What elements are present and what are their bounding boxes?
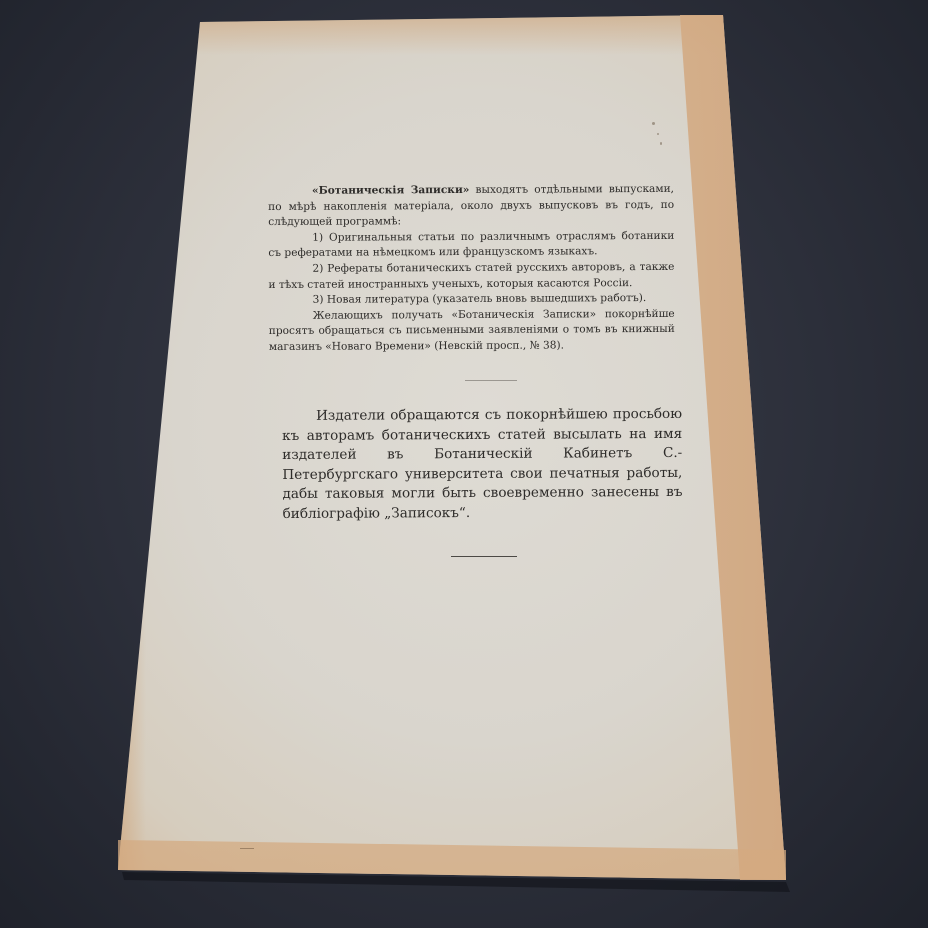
ink-speck [657, 133, 659, 135]
program-item-1: 1) Оригинальныя статьи по различнымъ отр… [268, 229, 674, 262]
program-notice: «Ботаническія Записки» выходятъ отдѣльны… [268, 182, 675, 356]
publishers-request-text: Издатели обращаются съ покорнѣйшею прось… [282, 405, 683, 525]
ink-speck [240, 848, 254, 849]
journal-title: «Ботаническія Записки» [312, 184, 469, 197]
program-item-2: 2) Рефераты ботаническихъ статей русских… [268, 260, 674, 293]
publishers-request: Издатели обращаются съ покорнѣйшею прось… [282, 405, 683, 525]
program-intro: «Ботаническія Записки» выходятъ отдѣльны… [268, 182, 674, 231]
section-divider [465, 380, 517, 381]
end-divider [451, 556, 517, 557]
program-item-3: 3) Новая литература (указатель вновь выш… [269, 291, 675, 309]
ink-speck [652, 122, 655, 125]
subscription-note: Желающихъ получать «Ботаническія Записки… [269, 307, 675, 356]
ink-speck [660, 142, 662, 145]
